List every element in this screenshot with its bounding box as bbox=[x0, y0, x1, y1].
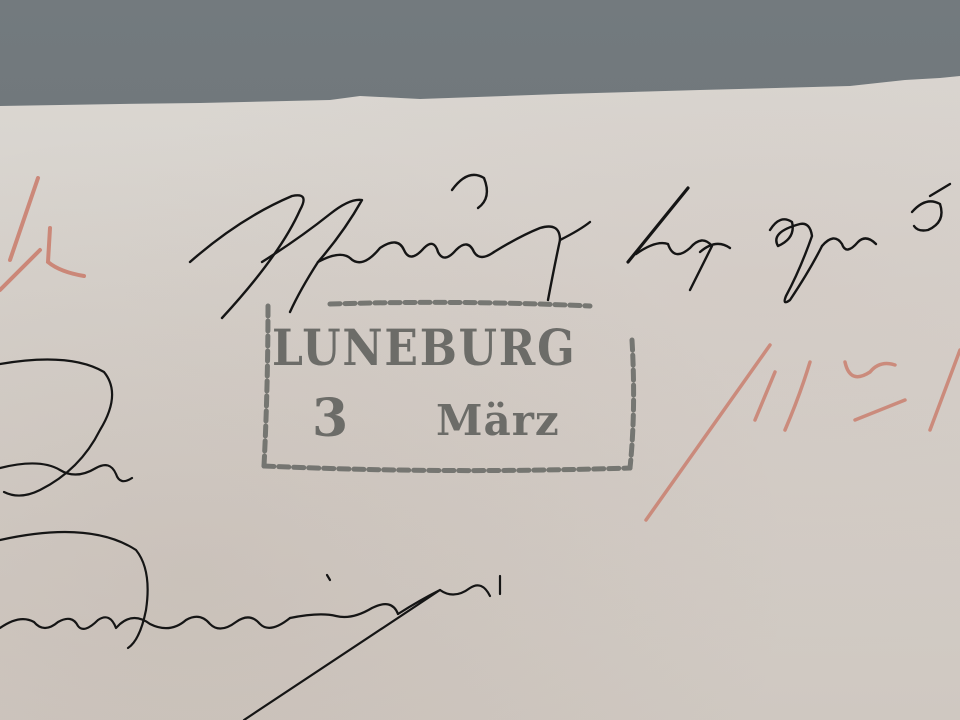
postmark-city: LUNEBURG bbox=[272, 318, 576, 377]
postmark-day: 3 bbox=[312, 388, 349, 449]
handwriting-left-lower bbox=[0, 360, 500, 720]
red-crayon-mark-left bbox=[0, 178, 84, 290]
handwriting-top-line bbox=[190, 175, 950, 318]
red-crayon-mark-right bbox=[646, 345, 960, 520]
postmark-month: März bbox=[436, 396, 560, 445]
